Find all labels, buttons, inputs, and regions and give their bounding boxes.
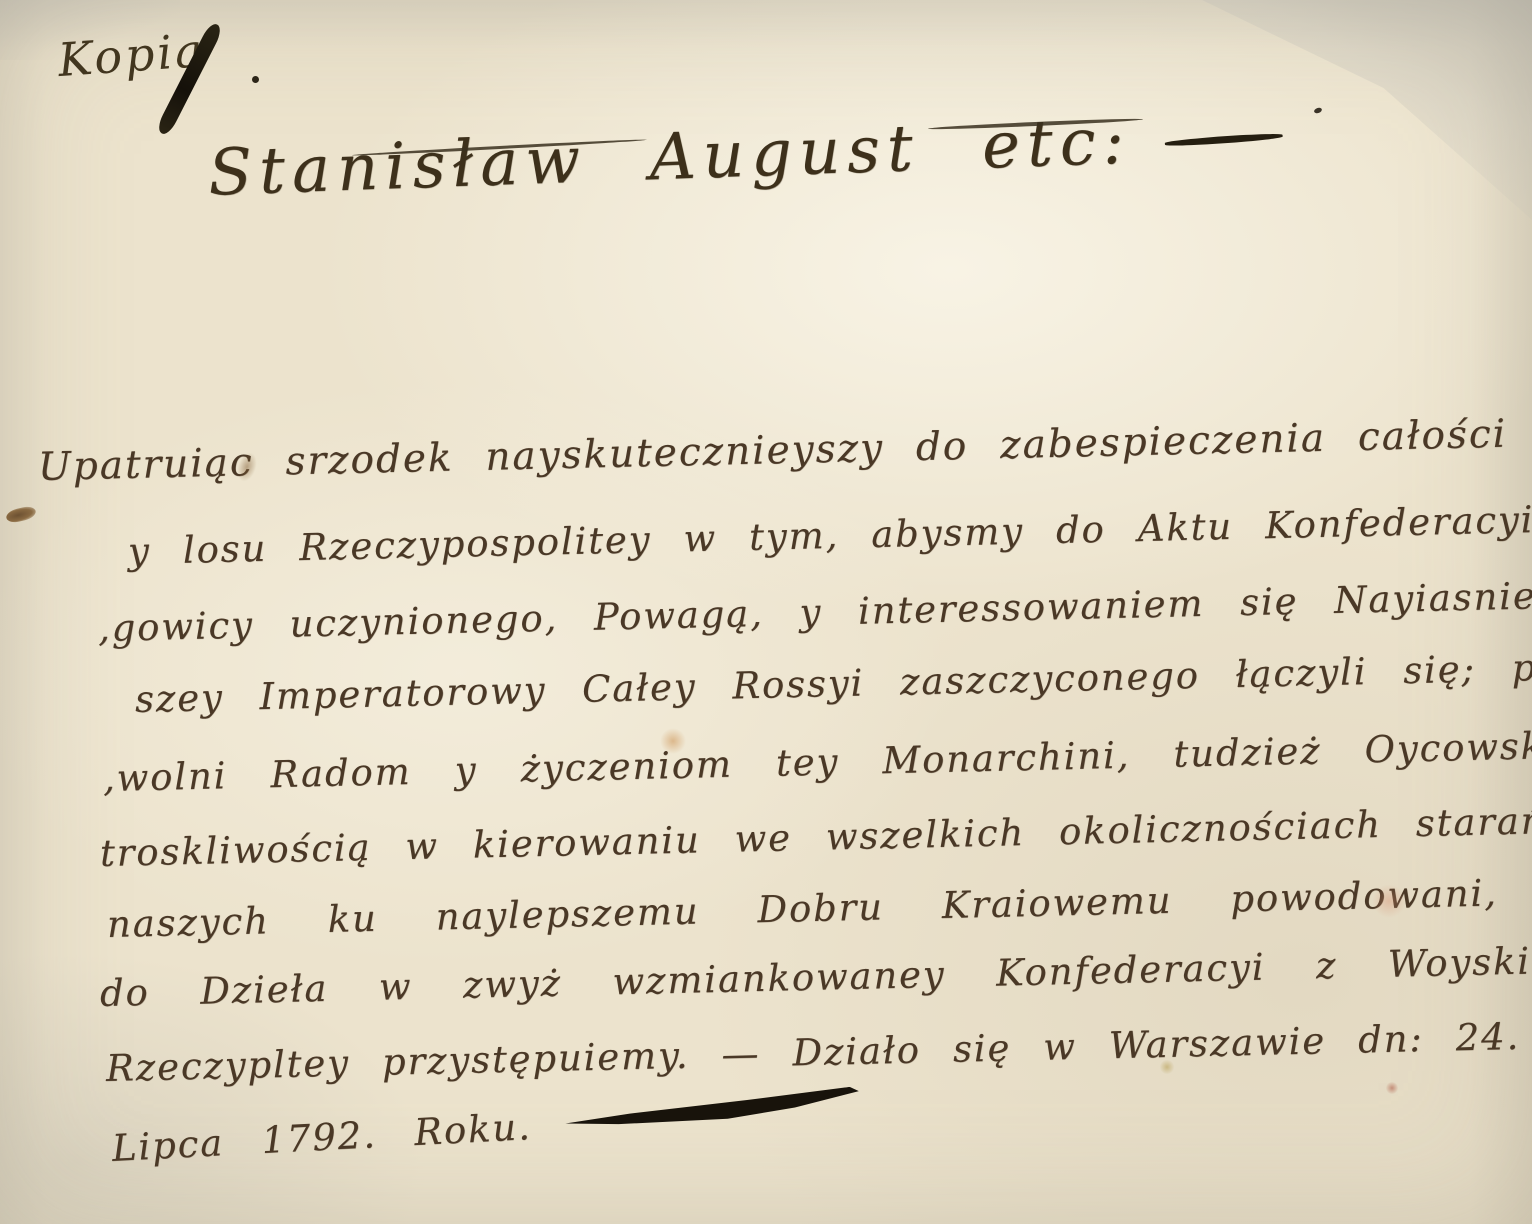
manuscript-line: ,gowicy uczynionego, Powagą, y interesso… <box>98 574 1532 650</box>
manuscript-line: Lipca 1792. Roku. <box>111 1088 861 1170</box>
manuscript-line: troskliwością w kierowaniu we wszelkich … <box>100 799 1532 875</box>
manuscript-line: ,wolni Radom y życzeniom tey Monarchini,… <box>103 724 1532 800</box>
paper-stain <box>660 728 686 754</box>
manuscript-line: naszych ku naylepszemu Dobru Kraiowemu p… <box>107 871 1499 946</box>
manuscript-line: szey Imperatorowy Całey Rossyi zaszczyco… <box>135 645 1532 721</box>
manuscript-line: y losu Rzeczypospolitey w tym, abysmy do… <box>128 494 1532 573</box>
document-title: Stanisław August etc: <box>207 105 1132 211</box>
manuscript-line: Rzeczypltey przystępuiemy. — Działo się … <box>106 1015 1521 1090</box>
title-dash-stroke <box>1165 132 1283 147</box>
date-line: Lipca 1792. Roku. <box>111 1105 533 1170</box>
paper-speck <box>1313 107 1322 114</box>
manuscript-page: Kopia Stanisław August etc: Upatruiąc sr… <box>0 0 1532 1224</box>
ink-dot-icon <box>252 76 259 83</box>
manuscript-line: Upatruiąc srzodek nayskutecznieyszy do z… <box>37 408 1532 490</box>
ink-flourish-stroke <box>564 1086 860 1134</box>
paper-stain <box>1160 1060 1174 1074</box>
paper-stain <box>1372 884 1406 918</box>
manuscript-line: do Dzieła w zwyż wzmiankowaney Konfedera… <box>100 938 1532 1015</box>
paper-speck <box>5 505 37 525</box>
paper-stain <box>1386 1082 1398 1094</box>
